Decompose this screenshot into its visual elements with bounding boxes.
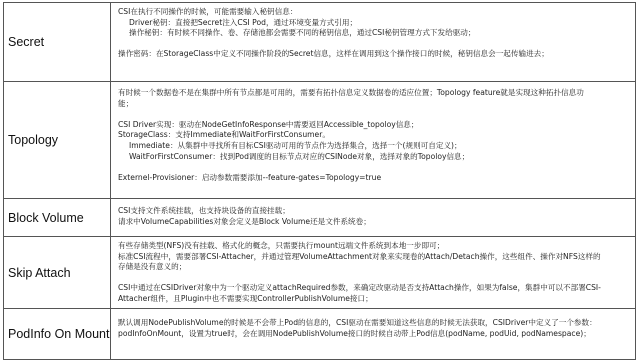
- description-line: Driver秘钥：直接把Secret注入CSI Pod，通过环境变量方式引用；: [118, 18, 629, 29]
- description-line: 操作密码：在StorageClass中定义不同操作阶段的Secret信息，这样在…: [118, 49, 629, 60]
- description-line: 默认调用NodePublishVolume的时候是不会带上Pod的信息的，CSI…: [118, 318, 629, 329]
- row-label: Topology: [4, 82, 111, 198]
- description-line: Attacher组件，且Plugin中也不需要实现ControllerPubli…: [118, 294, 629, 305]
- description-line: WaitForFirstConsumer：找到Pod调度的目标节点对应的CSIN…: [118, 152, 629, 163]
- description-line: Externel-Provisioner：启动参数需要添加--feature-g…: [118, 173, 629, 184]
- row-label: Secret: [4, 3, 111, 81]
- row-label: Skip Attach: [4, 237, 111, 308]
- description-line: CSI在执行不同操作的时候，可能需要输入秘钥信息：: [118, 7, 629, 18]
- row-description: CSI支持文件系统挂载，也支持块设备的直接挂载； 请求中VolumeCapabi…: [112, 199, 635, 236]
- description-line: 操作秘钥：有时候不同操作、卷、存储池都会需要不同的秘钥信息，通过CSI秘钥管理方…: [118, 28, 629, 39]
- table-row-secret: Secret CSI在执行不同操作的时候，可能需要输入秘钥信息： Driver秘…: [4, 3, 635, 81]
- table-row-podinfo-on-mount: PodInfo On Mount 默认调用NodePublishVolume的时…: [4, 308, 635, 359]
- description-line: StorageClass：支持Immediate和WaitForFirstCon…: [118, 130, 629, 141]
- row-description: CSI在执行不同操作的时候，可能需要输入秘钥信息： Driver秘钥：直接把Se…: [112, 3, 635, 81]
- table-row-skip-attach: Skip Attach 有些存储类型(NFS)没有挂载、格式化的概念，只需要执行…: [4, 236, 635, 308]
- description-line: Immediate：从集群中寻找所有目标CSI驱动可用的节点作为选择集合，选择一…: [118, 141, 629, 152]
- description-line: 有时候一个数据卷不是在集群中所有节点都是可用的，需要有拓扑信息定义数据卷的适应位…: [118, 88, 629, 99]
- row-description: 有时候一个数据卷不是在集群中所有节点都是可用的，需要有拓扑信息定义数据卷的适应位…: [112, 82, 635, 198]
- row-label: Block Volume: [4, 199, 111, 236]
- description-line: 能；: [118, 99, 629, 110]
- description-line: CSI Driver实现：驱动在NodeGetInfoResponse中需要返回…: [118, 120, 629, 131]
- description-line: CSI中通过在CSIDriver对象中为一个驱动定义attachRequired…: [118, 283, 629, 294]
- table-row-block-volume: Block Volume CSI支持文件系统挂载，也支持块设备的直接挂载； 请求…: [4, 198, 635, 236]
- description-line: CSI支持文件系统挂载，也支持块设备的直接挂载；: [118, 206, 629, 217]
- table-row-topology: Topology 有时候一个数据卷不是在集群中所有节点都是可用的，需要有拓扑信息…: [4, 81, 635, 198]
- row-description: 默认调用NodePublishVolume的时候是不会带上Pod的信息的，CSI…: [112, 309, 635, 359]
- description-line: 标准CSI流程中，需要部署CSI-Attacher，并通过管理VolumeAtt…: [118, 252, 629, 263]
- description-line: 有些存储类型(NFS)没有挂载、格式化的概念，只需要执行mount远端文件系统到…: [118, 241, 629, 252]
- description-line: 请求中VolumeCapabilities对象会定义是Block Volume还…: [118, 217, 629, 228]
- csi-feature-table: Secret CSI在执行不同操作的时候，可能需要输入秘钥信息： Driver秘…: [3, 2, 636, 360]
- description-line: 存储是没有意义的；: [118, 262, 629, 273]
- row-description: 有些存储类型(NFS)没有挂载、格式化的概念，只需要执行mount远端文件系统到…: [112, 237, 635, 308]
- row-label: PodInfo On Mount: [4, 309, 111, 359]
- description-line: podInfoOnMount，设置为true时，会在调用NodePublishV…: [118, 329, 629, 340]
